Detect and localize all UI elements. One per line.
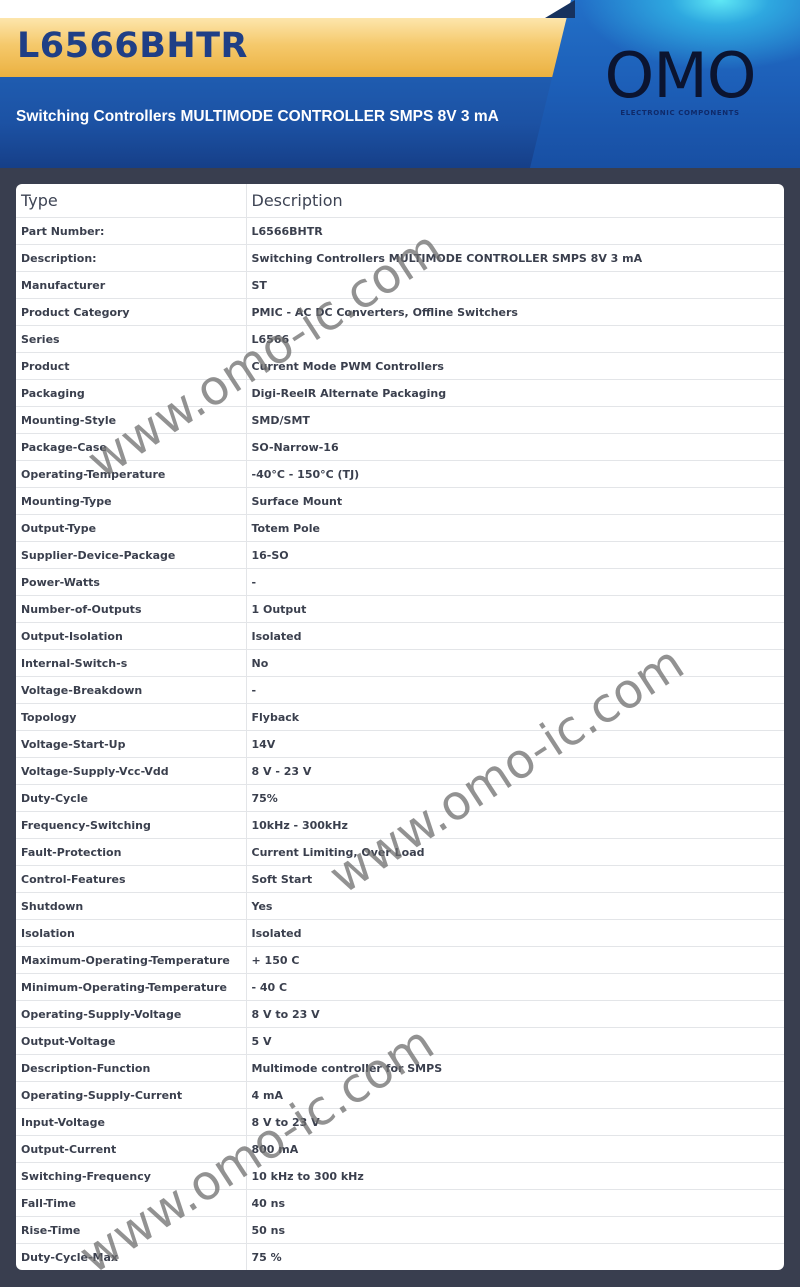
spec-label: Manufacturer (16, 272, 246, 299)
spec-label: Product (16, 353, 246, 380)
spec-label: Duty-Cycle-Max (16, 1244, 246, 1271)
table-row: Output-TypeTotem Pole (16, 515, 784, 542)
table-row: Maximum-Operating-Temperature+ 150 C (16, 947, 784, 974)
spec-label: Series (16, 326, 246, 353)
spec-table-card: Type Description Part Number:L6566BHTRDe… (16, 184, 784, 1270)
table-row: Rise-Time50 ns (16, 1217, 784, 1244)
spec-table-body: Part Number:L6566BHTRDescription:Switchi… (16, 218, 784, 1271)
spec-value: 8 V - 23 V (246, 758, 784, 785)
table-row: Description-FunctionMultimode controller… (16, 1055, 784, 1082)
spec-value: 16-SO (246, 542, 784, 569)
spec-value: 5 V (246, 1028, 784, 1055)
spec-label: Output-Isolation (16, 623, 246, 650)
spec-label: Operating-Temperature (16, 461, 246, 488)
table-row: Supplier-Device-Package16-SO (16, 542, 784, 569)
spec-label: Product Category (16, 299, 246, 326)
table-row: Package-CaseSO-Narrow-16 (16, 434, 784, 461)
spec-label: Switching-Frequency (16, 1163, 246, 1190)
spec-label: Control-Features (16, 866, 246, 893)
table-row: Operating-Supply-Current4 mA (16, 1082, 784, 1109)
table-row: Frequency-Switching10kHz - 300kHz (16, 812, 784, 839)
table-row: Mounting-StyleSMD/SMT (16, 407, 784, 434)
table-header-row: Type Description (16, 184, 784, 218)
table-row: Output-Voltage5 V (16, 1028, 784, 1055)
spec-value: Multimode controller for SMPS (246, 1055, 784, 1082)
spec-value: Soft Start (246, 866, 784, 893)
table-row: Internal-Switch-sNo (16, 650, 784, 677)
spec-label: Operating-Supply-Voltage (16, 1001, 246, 1028)
spec-value: ST (246, 272, 784, 299)
table-row: Fault-ProtectionCurrent Limiting, Over L… (16, 839, 784, 866)
spec-value: Current Limiting, Over Load (246, 839, 784, 866)
spec-value: SMD/SMT (246, 407, 784, 434)
spec-label: Power-Watts (16, 569, 246, 596)
table-row: Mounting-TypeSurface Mount (16, 488, 784, 515)
spec-label: Output-Voltage (16, 1028, 246, 1055)
spec-value: 1 Output (246, 596, 784, 623)
spec-label: Fall-Time (16, 1190, 246, 1217)
table-row: Voltage-Start-Up14V (16, 731, 784, 758)
table-row: TopologyFlyback (16, 704, 784, 731)
spec-value: - (246, 677, 784, 704)
spec-value: Surface Mount (246, 488, 784, 515)
column-header-type: Type (16, 184, 246, 218)
spec-label: Voltage-Supply-Vcc-Vdd (16, 758, 246, 785)
spec-label: Voltage-Breakdown (16, 677, 246, 704)
table-row: Voltage-Breakdown- (16, 677, 784, 704)
spec-label: Operating-Supply-Current (16, 1082, 246, 1109)
spec-value: - (246, 569, 784, 596)
spec-table: Type Description Part Number:L6566BHTRDe… (16, 184, 784, 1270)
table-row: Part Number:L6566BHTR (16, 218, 784, 245)
table-row: Voltage-Supply-Vcc-Vdd8 V - 23 V (16, 758, 784, 785)
table-row: Fall-Time40 ns (16, 1190, 784, 1217)
spec-label: Frequency-Switching (16, 812, 246, 839)
spec-value: 10kHz - 300kHz (246, 812, 784, 839)
table-row: ManufacturerST (16, 272, 784, 299)
omo-logo: OMO (598, 44, 761, 108)
spec-value: 50 ns (246, 1217, 784, 1244)
spec-value: Current Mode PWM Controllers (246, 353, 784, 380)
spec-label: Topology (16, 704, 246, 731)
spec-value: L6566 (246, 326, 784, 353)
spec-value: Isolated (246, 623, 784, 650)
spec-value: 4 mA (246, 1082, 784, 1109)
column-header-description: Description (246, 184, 784, 218)
table-row: Product CategoryPMIC - AC DC Converters,… (16, 299, 784, 326)
spec-label: Minimum-Operating-Temperature (16, 974, 246, 1001)
table-row: SeriesL6566 (16, 326, 784, 353)
part-subtitle: Switching Controllers MULTIMODE CONTROLL… (16, 108, 499, 126)
table-row: Input-Voltage8 V to 23 V (16, 1109, 784, 1136)
spec-label: Isolation (16, 920, 246, 947)
spec-value: Switching Controllers MULTIMODE CONTROLL… (246, 245, 784, 272)
spec-value: 800 mA (246, 1136, 784, 1163)
spec-label: Part Number: (16, 218, 246, 245)
spec-label: Mounting-Style (16, 407, 246, 434)
spec-value: 75% (246, 785, 784, 812)
table-row: Output-IsolationIsolated (16, 623, 784, 650)
table-row: Switching-Frequency10 kHz to 300 kHz (16, 1163, 784, 1190)
spec-value: Flyback (246, 704, 784, 731)
spec-value: -40°C - 150°C (TJ) (246, 461, 784, 488)
spec-value: Yes (246, 893, 784, 920)
table-row: Duty-Cycle75% (16, 785, 784, 812)
spec-label: Output-Current (16, 1136, 246, 1163)
spec-label: Description: (16, 245, 246, 272)
spec-label: Number-of-Outputs (16, 596, 246, 623)
spec-value: Totem Pole (246, 515, 784, 542)
spec-label: Packaging (16, 380, 246, 407)
spec-value: PMIC - AC DC Converters, Offline Switche… (246, 299, 784, 326)
spec-label: Package-Case (16, 434, 246, 461)
spec-label: Voltage-Start-Up (16, 731, 246, 758)
spec-value: 40 ns (246, 1190, 784, 1217)
spec-label: Mounting-Type (16, 488, 246, 515)
spec-label: Duty-Cycle (16, 785, 246, 812)
spec-value: 10 kHz to 300 kHz (246, 1163, 784, 1190)
table-row: Control-FeaturesSoft Start (16, 866, 784, 893)
spec-value: SO-Narrow-16 (246, 434, 784, 461)
spec-value: 8 V to 23 V (246, 1001, 784, 1028)
table-row: Minimum-Operating-Temperature- 40 C (16, 974, 784, 1001)
table-row: Duty-Cycle-Max75 % (16, 1244, 784, 1271)
table-row: PackagingDigi-ReelR Alternate Packaging (16, 380, 784, 407)
table-row: Operating-Temperature-40°C - 150°C (TJ) (16, 461, 784, 488)
spec-label: Output-Type (16, 515, 246, 542)
spec-label: Internal-Switch-s (16, 650, 246, 677)
spec-label: Input-Voltage (16, 1109, 246, 1136)
spec-value: 8 V to 23 V (246, 1109, 784, 1136)
spec-value: 14V (246, 731, 784, 758)
table-row: Power-Watts- (16, 569, 784, 596)
spec-value: 75 % (246, 1244, 784, 1271)
table-row: ProductCurrent Mode PWM Controllers (16, 353, 784, 380)
spec-label: Maximum-Operating-Temperature (16, 947, 246, 974)
spec-label: Rise-Time (16, 1217, 246, 1244)
spec-value: + 150 C (246, 947, 784, 974)
table-row: Number-of-Outputs1 Output (16, 596, 784, 623)
spec-value: Digi-ReelR Alternate Packaging (246, 380, 784, 407)
spec-label: Supplier-Device-Package (16, 542, 246, 569)
spec-label: Shutdown (16, 893, 246, 920)
spec-label: Description-Function (16, 1055, 246, 1082)
table-row: IsolationIsolated (16, 920, 784, 947)
page-header: L6566BHTR Switching Controllers MULTIMOD… (0, 0, 800, 168)
table-row: ShutdownYes (16, 893, 784, 920)
spec-value: No (246, 650, 784, 677)
table-row: Description:Switching Controllers MULTIM… (16, 245, 784, 272)
part-number-title: L6566BHTR (17, 26, 248, 66)
spec-value: L6566BHTR (246, 218, 784, 245)
spec-label: Fault-Protection (16, 839, 246, 866)
corner-fold (545, 0, 575, 18)
table-row: Operating-Supply-Voltage8 V to 23 V (16, 1001, 784, 1028)
logo-tagline: ELECTRONIC COMPONENTS (600, 109, 760, 117)
spec-value: Isolated (246, 920, 784, 947)
spec-value: - 40 C (246, 974, 784, 1001)
table-row: Output-Current800 mA (16, 1136, 784, 1163)
